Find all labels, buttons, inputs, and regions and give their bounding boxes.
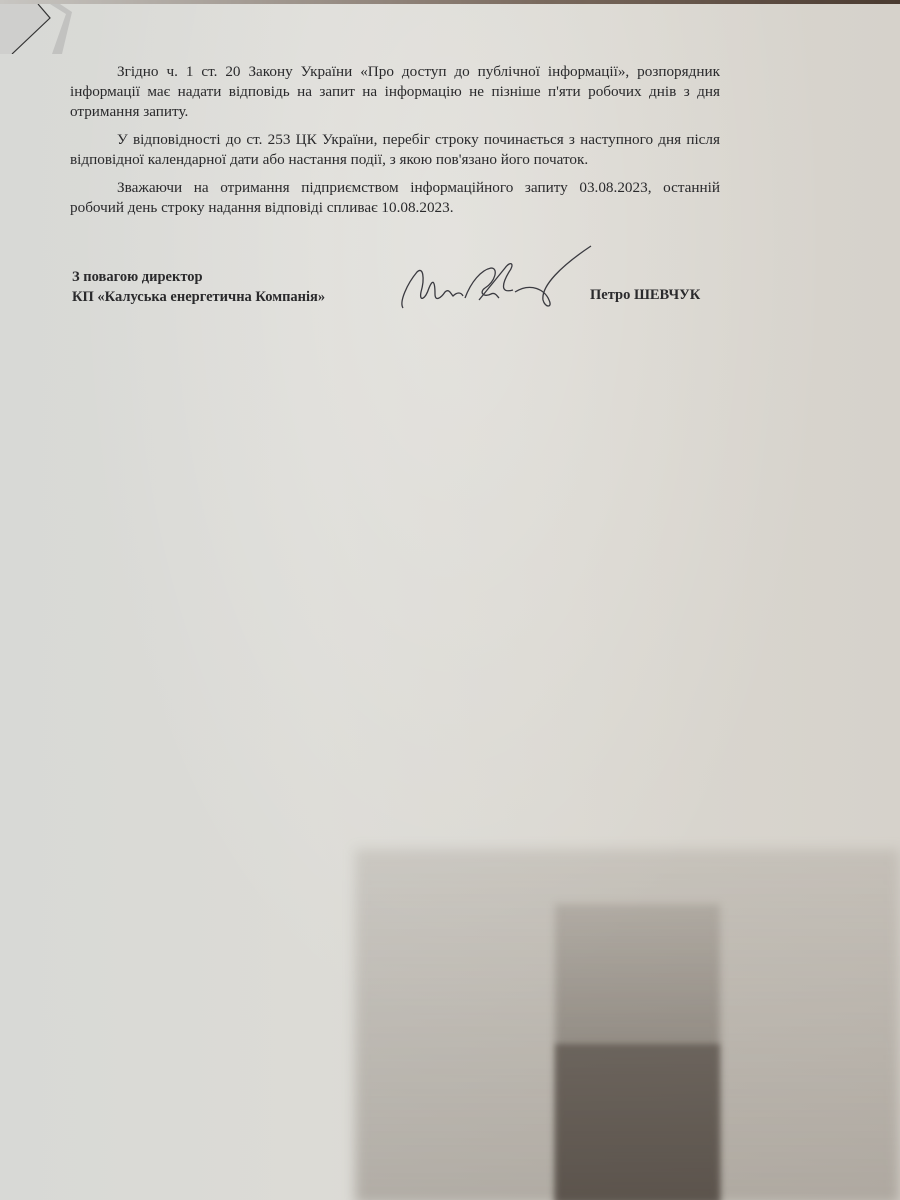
handwritten-signature	[395, 242, 595, 317]
folded-corner	[0, 4, 80, 54]
paragraph-civil-code: У відповідності до ст. 253 ЦК України, п…	[70, 130, 720, 170]
paragraph-law-reference: Згідно ч. 1 ст. 20 Закону України «Про д…	[70, 62, 720, 122]
document-page: Згідно ч. 1 ст. 20 Закону України «Про д…	[0, 4, 900, 1200]
closing-block: З повагою директор КП «Калуська енергети…	[72, 267, 325, 307]
letter-body: Згідно ч. 1 ст. 20 Закону України «Про д…	[70, 62, 720, 226]
phone-shadow-core	[555, 1044, 720, 1200]
paragraph-deadline: Зважаючи на отримання підприємством інфо…	[70, 178, 720, 218]
closing-salutation: З повагою директор	[72, 267, 325, 287]
company-name: КП «Калуська енергетична Компанія»	[72, 287, 325, 307]
signer-name: Петро ШЕВЧУК	[590, 287, 700, 304]
